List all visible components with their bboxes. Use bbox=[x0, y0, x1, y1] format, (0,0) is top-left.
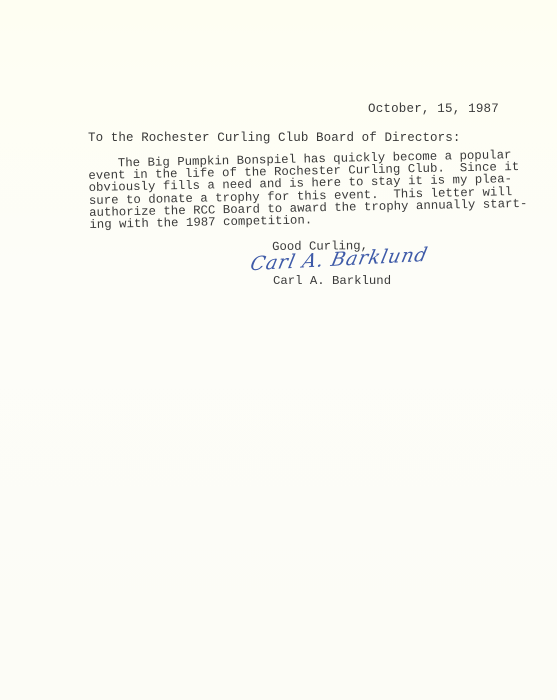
letter-body: The Big Pumpkin Bonspiel has quickly bec… bbox=[88, 150, 479, 231]
letter-page: October, 15, 1987 To the Rochester Curli… bbox=[0, 0, 557, 700]
letter-date: October, 15, 1987 bbox=[368, 102, 499, 116]
salutation: To the Rochester Curling Club Board of D… bbox=[88, 131, 460, 145]
typed-name: Carl A. Barklund bbox=[273, 274, 391, 288]
